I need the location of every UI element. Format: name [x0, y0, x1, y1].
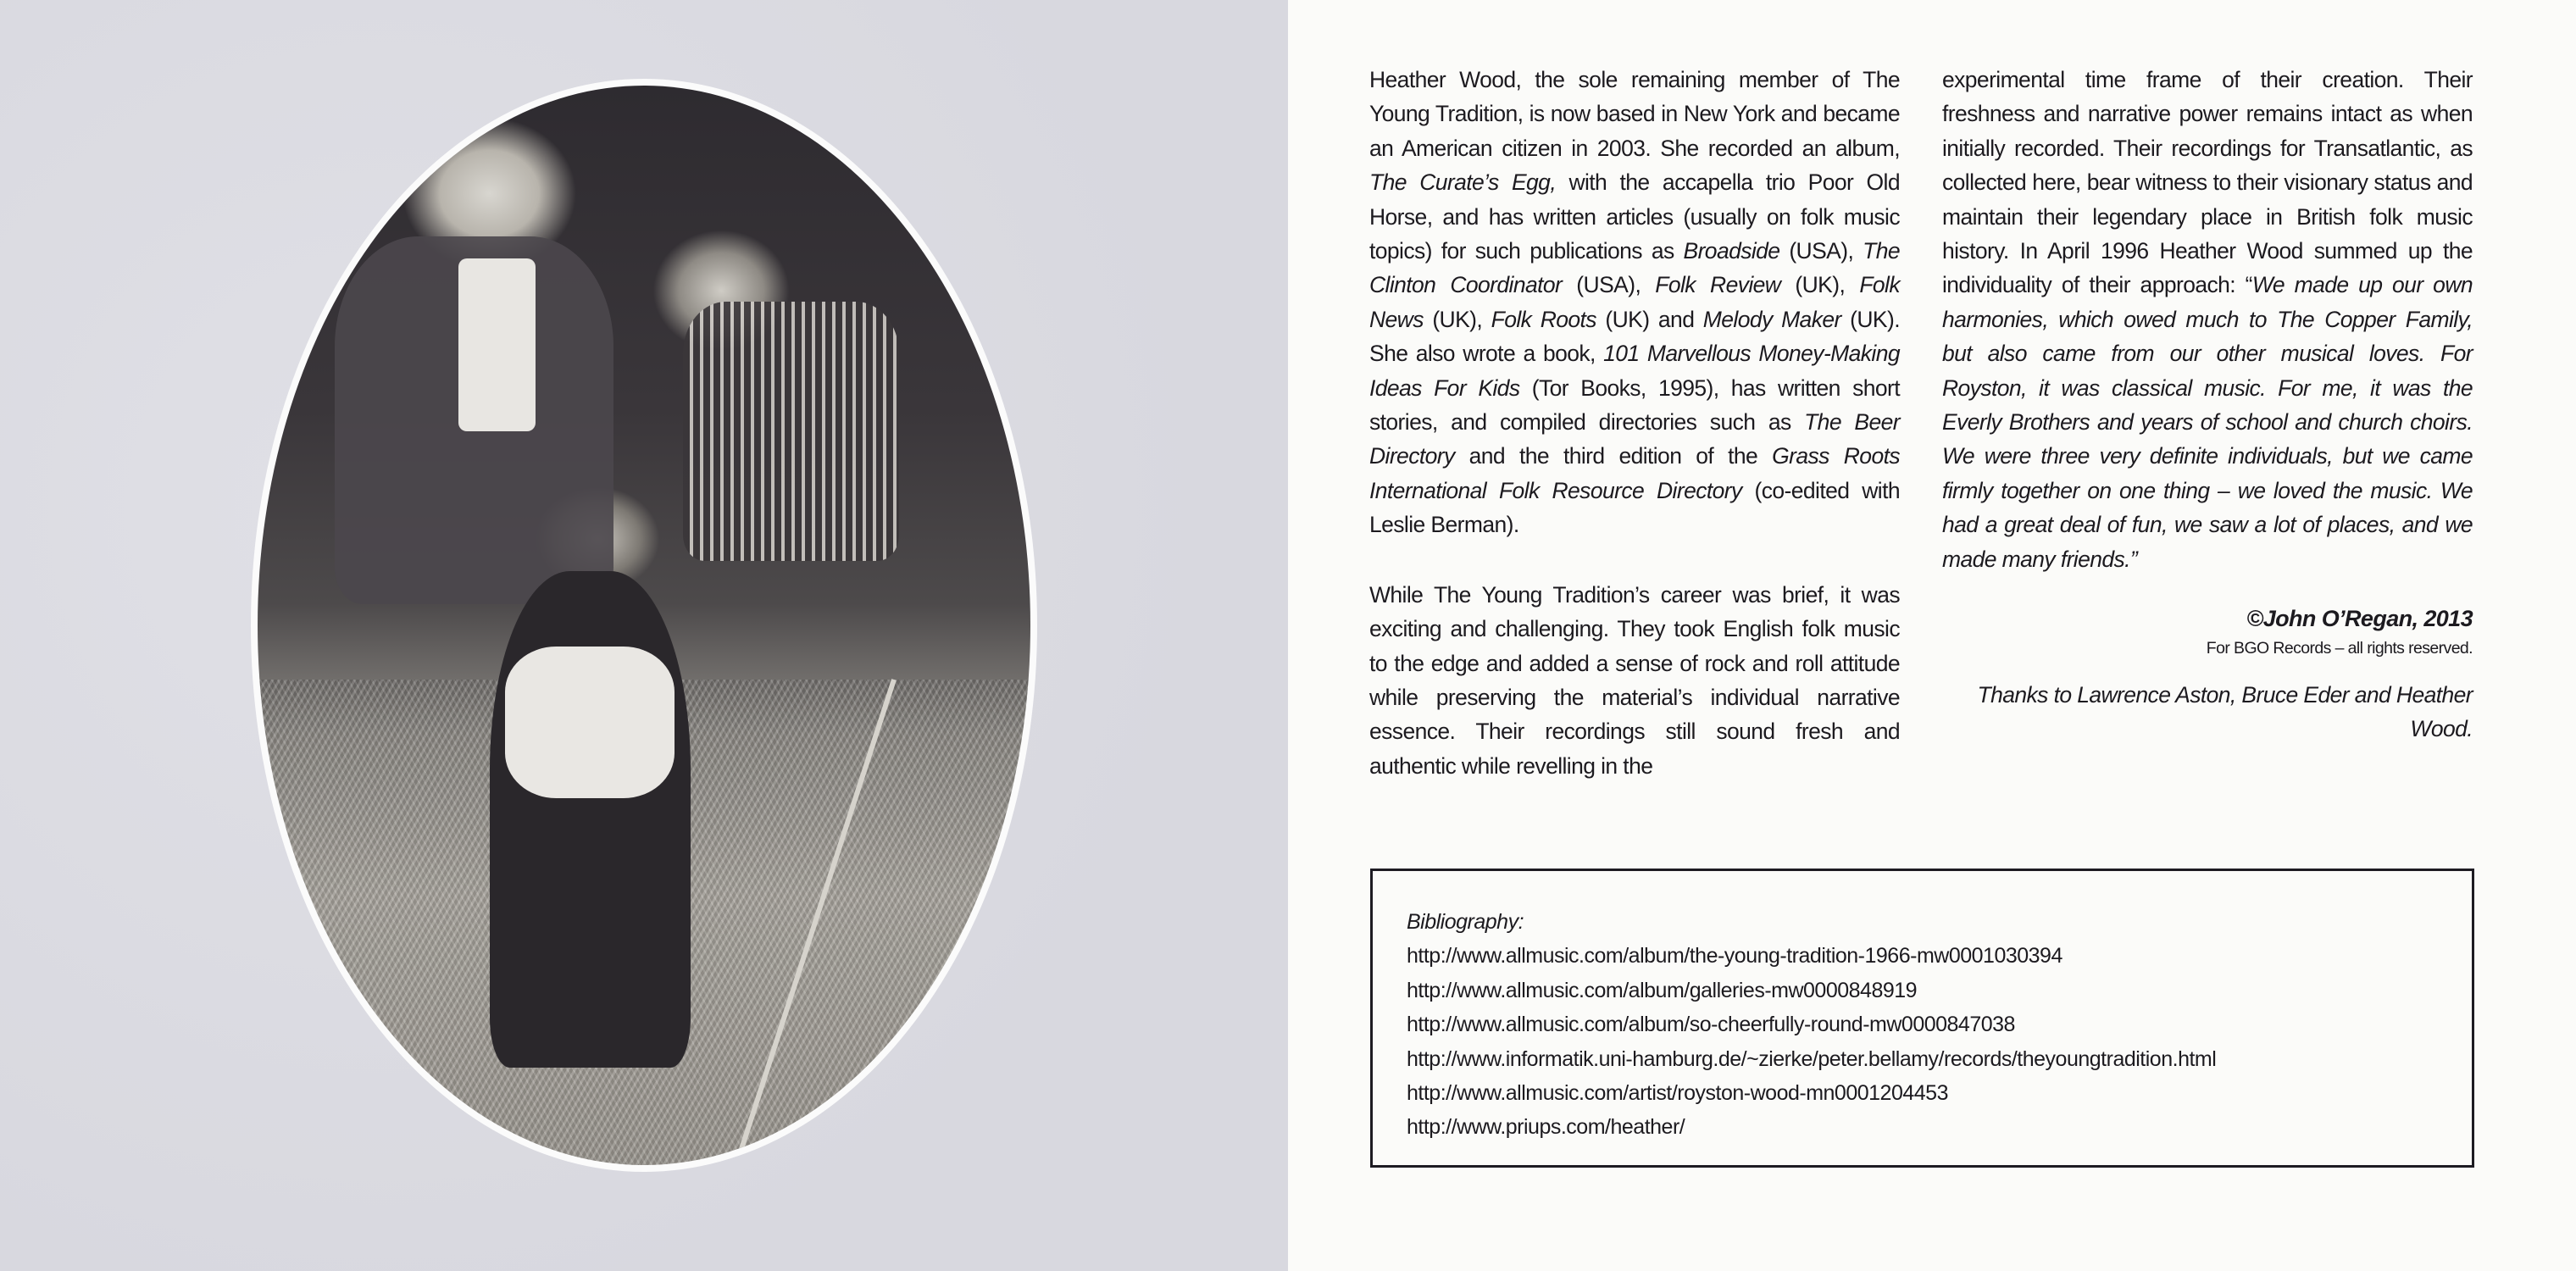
credit-block: ©John O’Regan, 2013 For BGO Records – al…: [1942, 602, 2473, 746]
text-run: (UK) and: [1596, 307, 1703, 332]
italic-title: The Curate’s Egg,: [1369, 169, 1556, 195]
band-photo: [258, 86, 1030, 1165]
left-page: [0, 0, 1288, 1271]
bibliography-link[interactable]: http://www.informatik.uni-hamburg.de/~zi…: [1407, 1042, 2472, 1076]
standing-man-shirt: [458, 258, 536, 431]
text-run: Heather Wood, the sole remaining member …: [1369, 67, 1900, 161]
bibliography-link[interactable]: http://www.priups.com/heather/: [1407, 1110, 2472, 1144]
bibliography-link[interactable]: http://www.allmusic.com/album/galleries-…: [1407, 974, 2472, 1007]
heather-wood-quote: We made up our own harmonies, which owed…: [1942, 272, 2473, 571]
author-credit: ©John O’Regan, 2013: [1942, 602, 2473, 635]
seated-woman-blouse: [505, 647, 675, 797]
text-run: experimental time frame of their creatio…: [1942, 67, 2473, 297]
bibliography-box: Bibliography: http://www.allmusic.com/al…: [1370, 869, 2474, 1168]
acknowledgements: Thanks to Lawrence Aston, Bruce Eder and…: [1942, 678, 2473, 746]
text-run: (UK),: [1424, 307, 1491, 332]
paragraph-heather-wood: Heather Wood, the sole remaining member …: [1369, 63, 1900, 542]
text-run: and the third edition of the: [1455, 443, 1773, 469]
text-run: (USA),: [1562, 272, 1655, 297]
italic-title: Broadside: [1684, 238, 1780, 264]
seated-woman-figure: [490, 571, 691, 1068]
oval-photo-frame: [251, 79, 1037, 1172]
text-run: (UK),: [1780, 272, 1859, 297]
italic-title: Melody Maker: [1703, 307, 1841, 332]
paragraph-career: While The Young Tradition’s career was b…: [1369, 578, 1900, 783]
text-column-left: Heather Wood, the sole remaining member …: [1369, 63, 1900, 819]
bibliography-title: Bibliography:: [1407, 905, 2472, 939]
text-run: (USA),: [1779, 238, 1863, 264]
paragraph-legacy-quote: experimental time frame of their creatio…: [1942, 63, 2473, 576]
text-column-right: experimental time frame of their creatio…: [1942, 63, 2473, 746]
bibliography-link[interactable]: http://www.allmusic.com/album/so-cheerfu…: [1407, 1007, 2472, 1041]
right-page: Heather Wood, the sole remaining member …: [1288, 0, 2576, 1271]
bibliography-link[interactable]: http://www.allmusic.com/artist/royston-w…: [1407, 1076, 2472, 1110]
seated-man-figure: [683, 302, 899, 561]
bibliography-link[interactable]: http://www.allmusic.com/album/the-young-…: [1407, 939, 2472, 973]
italic-title: Folk Roots: [1491, 307, 1596, 332]
rights-notice: For BGO Records – all rights reserved.: [1942, 635, 2473, 661]
italic-title: Folk Review: [1655, 272, 1780, 297]
